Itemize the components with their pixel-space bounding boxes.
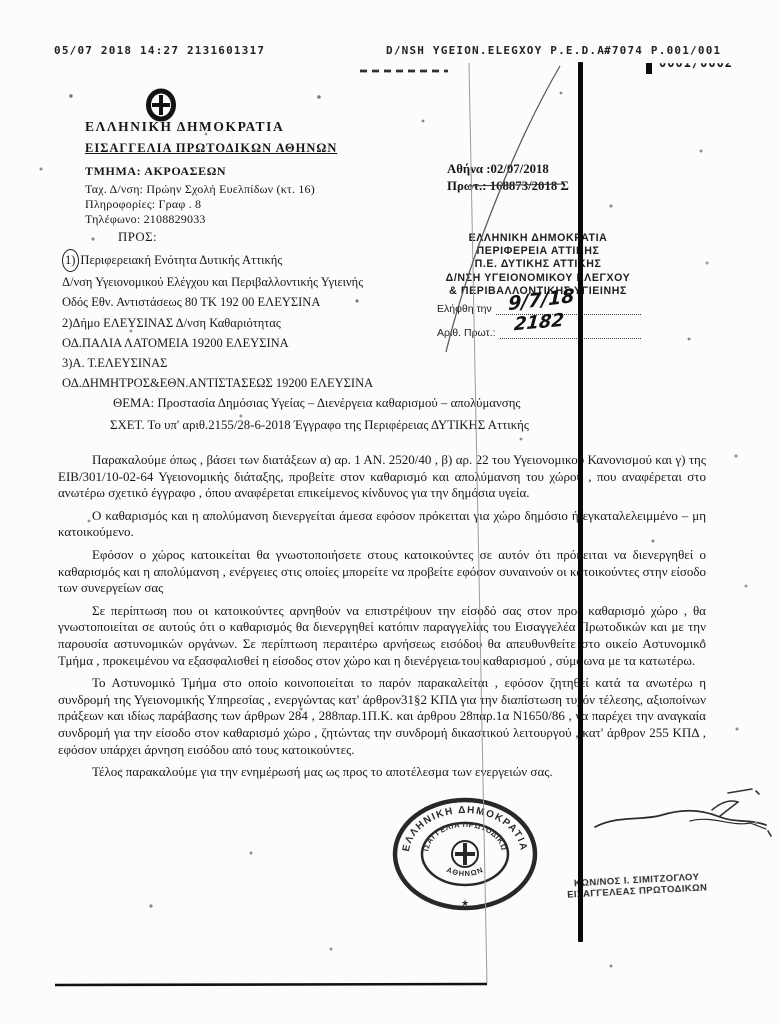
- recipient-line: ΟΔ.ΠΑΛΙΑ ΛΑΤΟΜΕΙΑ 19200 ΕΛΕΥΣΙΝΑ: [62, 333, 373, 353]
- receipt-stamp-line: ΠΕΡΙΦΕΡΕΙΑ ΑΤΤΙΚΗΣ: [432, 245, 644, 258]
- letterhead: ΕΛΛΗΝΙΚΗ ΔΗΜΟΚΡΑΤΙΑ ΕΙΣΑΓΓΕΛΙΑ ΠΡΩΤΟΔΙΚΩ…: [85, 119, 337, 227]
- recipient-line: Δ/νση Υγειονομικού Ελέγχου και Περιβαλλο…: [62, 272, 373, 292]
- receipt-stamp-line: Π.Ε. ΔΥΤΙΚΗΣ ΑΤΤΙΚΗΣ: [432, 258, 644, 271]
- round-seal-icon: ΕΛΛΗΝΙΚΗ ΔΗΜΟΚΡΑΤΙΑ ΕΙΣΑΓΓΕΛΙΑ ΠΡΩΤΟΔΙΚΩ…: [388, 796, 542, 916]
- receipt-stamp: ΕΛΛΗΝΙΚΗ ΔΗΜΟΚΡΑΤΙΑ ΠΕΡΙΦΕΡΕΙΑ ΑΤΤΙΚΗΣ Π…: [432, 232, 644, 298]
- scan-noise: [0, 0, 2, 2]
- doc-protocol: Πρωτ.: 168873/2018 Σ: [447, 178, 569, 195]
- receipt-stamp-line: ΕΛΛΗΝΙΚΗ ΔΗΜΟΚΡΑΤΙΑ: [432, 232, 644, 245]
- body-paragraph: Ο καθαρισμός και η απολύμανση διενεργείτ…: [58, 508, 706, 541]
- body-paragraph: Παρακαλούμε όπως , βάσει των διατάξεων α…: [58, 452, 706, 502]
- recipient-line: ΟΔ.ΔΗΜΗΤΡΟΣ&ΕΘΝ.ΑΝΤΙΣΤΑΣΕΩΣ 19200 ΕΛΕΥΣΙ…: [62, 373, 373, 393]
- fax-header-sender: D/NSH YGEION.ELEGXOY P.E.D.A.: [386, 44, 613, 57]
- recipients-label: ΠΡΟΣ:: [118, 230, 157, 245]
- greek-state-emblem-icon: [143, 88, 179, 122]
- signatory-name-stamp: ΚΩΝ/ΝΟΣ Ι. ΣΙΜΙΤΖΟΓΛΟΥ ΕΙΣΑΓΓΕΛΕΑΣ ΠΡΩΤΟ…: [548, 871, 727, 901]
- document-body: Παρακαλούμε όπως , βάσει των διατάξεων α…: [58, 452, 706, 787]
- body-paragraph: Το Αστυνομικό Τμήμα στο οποίο κοινοποιεί…: [58, 675, 706, 758]
- received-date-label: Ελήφθη την: [437, 303, 492, 315]
- letterhead-info: Πληροφορίες: Γραφ . 8: [85, 197, 337, 212]
- letterhead-country: ΕΛΛΗΝΙΚΗ ΔΗΜΟΚΡΑΤΙΑ: [85, 119, 337, 134]
- recipient-1-text: Περιφερειακή Ενότητα Δυτικής Αττικής: [80, 253, 282, 267]
- handwritten-protocol-number: 2182: [513, 310, 565, 336]
- protocol-number-label: Αριθ. Πρωτ.:: [437, 327, 496, 339]
- subject-block: ΘΕΜΑ: Προστασία Δημόσιας Υγείας – Διενέρ…: [113, 392, 693, 436]
- letterhead-department: ΤΜΗΜΑ: ΑΚΡΟΑΣΕΩΝ: [85, 164, 337, 179]
- body-paragraph: Σε περίπτωση που οι κατοικούντες αρνηθού…: [58, 603, 706, 669]
- doc-meta: Αθήνα :02/07/2018 Πρωτ.: 168873/2018 Σ: [447, 161, 569, 195]
- fax-header-page-info: #7074 P.001/001: [604, 44, 721, 57]
- fax-header-datetime: 05/07 2018 14:27 2131601317: [54, 44, 265, 57]
- doc-date: Αθήνα :02/07/2018: [447, 161, 569, 178]
- scan-layer: 05/07 2018 14:27 2131601317 D/NSH YGEION…: [0, 0, 780, 1024]
- letterhead-phone: Τηλέφωνο: 2108829033: [85, 212, 337, 227]
- recipient-1-number: 1): [62, 249, 79, 272]
- letterhead-agency: ΕΙΣΑΓΓΕΛΙΑ ΠΡΩΤΟΔΙΚΩΝ ΑΘΗΝΩΝ: [85, 141, 337, 156]
- seal-star: ★: [461, 898, 469, 908]
- recipient-line: Οδός Εθν. Αντιστάσεως 80 ΤΚ 192 00 ΕΛΕΥΣ…: [62, 292, 373, 312]
- letterhead-address: Ταχ. Δ/νση: Πρώην Σχολή Ευελπίδων (κτ. 1…: [85, 182, 337, 197]
- recipient-line: 2)Δήμο ΕΛΕΥΣΙΝΑΣ Δ/νση Καθαριότητας: [62, 313, 373, 333]
- receipt-stamp-line: Δ/ΝΣΗ ΥΓΕΙΟΝΟΜΙΚΟΥ ΕΛΕΓΧΟΥ: [432, 272, 644, 285]
- reference-line: ΣΧΕΤ. Το υπ' αριθ.2155/28-6-2018 Έγγραφο…: [110, 414, 693, 436]
- recipient-item-1: 1)Περιφερειακή Ενότητα Δυτικής Αττικής: [62, 249, 373, 272]
- recipient-line: 3)Α. Τ.ΕΛΕΥΣΙΝΑΣ: [62, 353, 373, 373]
- fax-page-counter: 0001/0002: [659, 56, 733, 70]
- recipients-list: 1)Περιφερειακή Ενότητα Δυτικής Αττικής Δ…: [62, 249, 373, 393]
- body-paragraph: Εφόσον ο χώρος κατοικείται θα γνωστοποιή…: [58, 547, 706, 597]
- scanned-fax-document-page: 05/07 2018 14:27 2131601317 D/NSH YGEION…: [0, 0, 780, 1024]
- subject-line: ΘΕΜΑ: Προστασία Δημόσιας Υγείας – Διενέρ…: [113, 392, 693, 414]
- signature-scribble-icon: [570, 765, 775, 855]
